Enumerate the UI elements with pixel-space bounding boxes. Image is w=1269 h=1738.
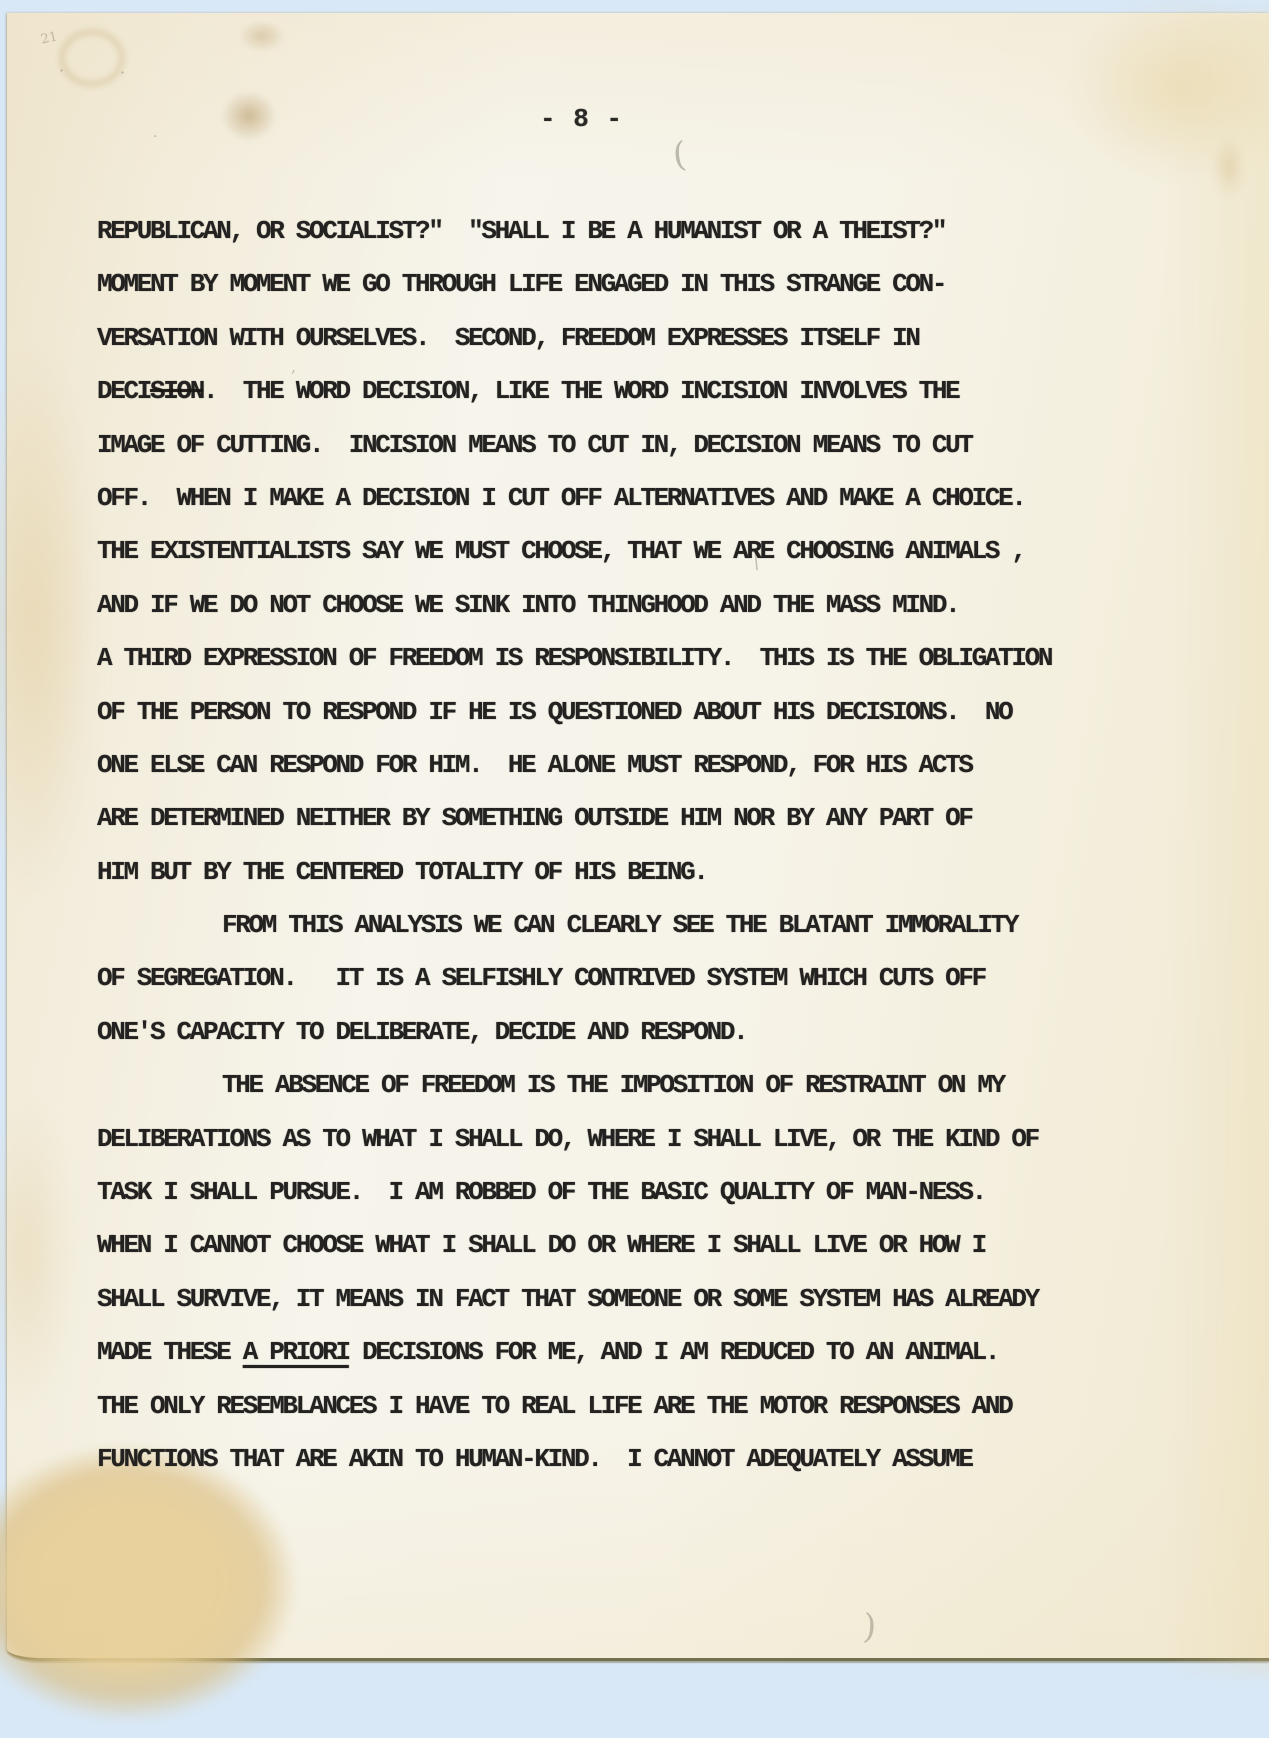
text-segment: VERSATION WITH OURSELVES. SECOND, FREEDO… [97, 323, 919, 353]
text-line: WHEN I CANNOT CHOOSE WHAT I SHALL DO OR … [97, 1219, 1177, 1272]
pencil-mark: · [153, 129, 157, 145]
text-line: MADE THESE A PRIORI DECISIONS FOR ME, AN… [97, 1326, 1177, 1379]
text-segment: TASK I SHALL PURSUE. I AM ROBBED OF THE … [97, 1177, 985, 1207]
text-segment: HIM BUT BY THE CENTERED TOTALITY OF HIS … [97, 857, 707, 887]
text-segment: SHALL SURVIVE, IT MEANS IN FACT THAT SOM… [97, 1284, 1038, 1314]
text-line: THE ABSENCE OF FREEDOM IS THE IMPOSITION… [97, 1059, 1177, 1112]
text-line: A THIRD EXPRESSION OF FREEDOM IS RESPONS… [97, 632, 1177, 685]
text-segment: . THE WORD DECISION, LIKE THE WORD INCIS… [203, 376, 958, 406]
text-line: ARE DETERMINED NEITHER BY SOMETHING OUTS… [97, 792, 1177, 845]
text-line: OF SEGREGATION. IT IS A SELFISHLY CONTRI… [97, 952, 1177, 1005]
pencil-mark: · [120, 63, 125, 82]
text-line: DECISION. THE WORD DECISION, LIKE THE WO… [97, 365, 1177, 418]
text-line: MOMENT BY MOMENT WE GO THROUGH LIFE ENGA… [97, 258, 1177, 311]
text-line: OFF. WHEN I MAKE A DECISION I CUT OFF AL… [97, 472, 1177, 525]
top-stain [210, 81, 288, 151]
scanner-background: { "document": { "page_number": "- 8 -", … [0, 0, 1269, 1677]
text-line: FROM THIS ANALYSIS WE CAN CLEARLY SEE TH… [97, 899, 1177, 952]
text-segment: AND IF WE DO NOT CHOOSE WE SINK INTO THI… [97, 590, 958, 620]
text-line: DELIBERATIONS AS TO WHAT I SHALL DO, WHE… [97, 1113, 1177, 1166]
pencil-mark: ) [862, 1607, 878, 1648]
text-line: HIM BUT BY THE CENTERED TOTALITY OF HIS … [97, 846, 1177, 899]
text-segment: ARE DETERMINED NEITHER BY SOMETHING OUTS… [97, 803, 972, 833]
text-line: AND IF WE DO NOT CHOOSE WE SINK INTO THI… [97, 579, 1177, 632]
text-segment: THE EXISTENTIALISTS SAY WE MUST CHOOSE, … [97, 536, 1025, 566]
text-segment: THE ONLY RESEMBLANCES I HAVE TO REAL LIF… [97, 1391, 1011, 1421]
text-line: OF THE PERSON TO RESPOND IF HE IS QUESTI… [97, 686, 1177, 739]
text-segment: DECI [97, 376, 150, 406]
right-edge-yellowing [1169, 13, 1269, 1674]
pencil-mark: 21 [40, 29, 59, 47]
text-line: IMAGE OF CUTTING. INCISION MEANS TO CUT … [97, 419, 1177, 472]
text-segment: WHEN I CANNOT CHOOSE WHAT I SHALL DO OR … [97, 1230, 985, 1260]
pencil-mark: ( [671, 134, 688, 175]
page-number: - 8 - [540, 104, 623, 134]
text-segment: DELIBERATIONS AS TO WHAT I SHALL DO, WHE… [97, 1124, 1038, 1154]
text-segment: OF SEGREGATION. IT IS A SELFISHLY CONTRI… [97, 963, 985, 993]
top-stain [231, 15, 293, 57]
text-segment: IMAGE OF CUTTING. INCISION MEANS TO CUT … [97, 430, 972, 460]
text-segment: FUNCTIONS THAT ARE AKIN TO HUMAN-KIND. I… [97, 1444, 972, 1474]
text-line: ONE'S CAPACITY TO DELIBERATE, DECIDE AND… [97, 1006, 1177, 1059]
text-line: FUNCTIONS THAT ARE AKIN TO HUMAN-KIND. I… [97, 1433, 1177, 1486]
typed-text: REPUBLICAN, OR SOCIALIST?" "SHALL I BE A… [97, 205, 1177, 1486]
left-edge-stain [0, 1053, 87, 1453]
text-segment: OFF. WHEN I MAKE A DECISION I CUT OFF AL… [97, 483, 1025, 513]
top-right-yellowing [1039, 0, 1269, 203]
text-segment: THE ABSENCE OF FREEDOM IS THE IMPOSITION… [222, 1070, 1004, 1100]
text-segment: ONE ELSE CAN RESPOND FOR HIM. HE ALONE M… [97, 750, 972, 780]
text-segment: DECISIONS FOR ME, AND I AM REDUCED TO AN… [349, 1337, 998, 1367]
text-line: REPUBLICAN, OR SOCIALIST?" "SHALL I BE A… [97, 205, 1177, 258]
text-line: VERSATION WITH OURSELVES. SECOND, FREEDO… [97, 312, 1177, 365]
text-segment: OF THE PERSON TO RESPOND IF HE IS QUESTI… [97, 697, 1011, 727]
text-segment: FROM THIS ANALYSIS WE CAN CLEARLY SEE TH… [222, 910, 1017, 940]
text-segment: ONE'S CAPACITY TO DELIBERATE, DECIDE AND… [97, 1017, 746, 1047]
text-segment: MOMENT BY MOMENT WE GO THROUGH LIFE ENGA… [97, 269, 945, 299]
text-segment: A THIRD EXPRESSION OF FREEDOM IS RESPONS… [97, 643, 1051, 673]
right-smudge-stain [1207, 128, 1251, 208]
underline-text: A PRIORI [243, 1337, 349, 1367]
coffee-ring-stain [59, 29, 125, 87]
text-line: TASK I SHALL PURSUE. I AM ROBBED OF THE … [97, 1166, 1177, 1219]
text-line: THE ONLY RESEMBLANCES I HAVE TO REAL LIF… [97, 1380, 1177, 1433]
text-segment: MADE THESE [97, 1337, 243, 1367]
pencil-mark: · [59, 61, 64, 80]
text-line: SHALL SURVIVE, IT MEANS IN FACT THAT SOM… [97, 1273, 1177, 1326]
text-line: ONE ELSE CAN RESPOND FOR HIM. HE ALONE M… [97, 739, 1177, 792]
text-segment: REPUBLICAN, OR SOCIALIST?" "SHALL I BE A… [97, 216, 945, 246]
strike-text: SION [150, 376, 203, 406]
text-line: THE EXISTENTIALISTS SAY WE MUST CHOOSE, … [97, 525, 1177, 578]
